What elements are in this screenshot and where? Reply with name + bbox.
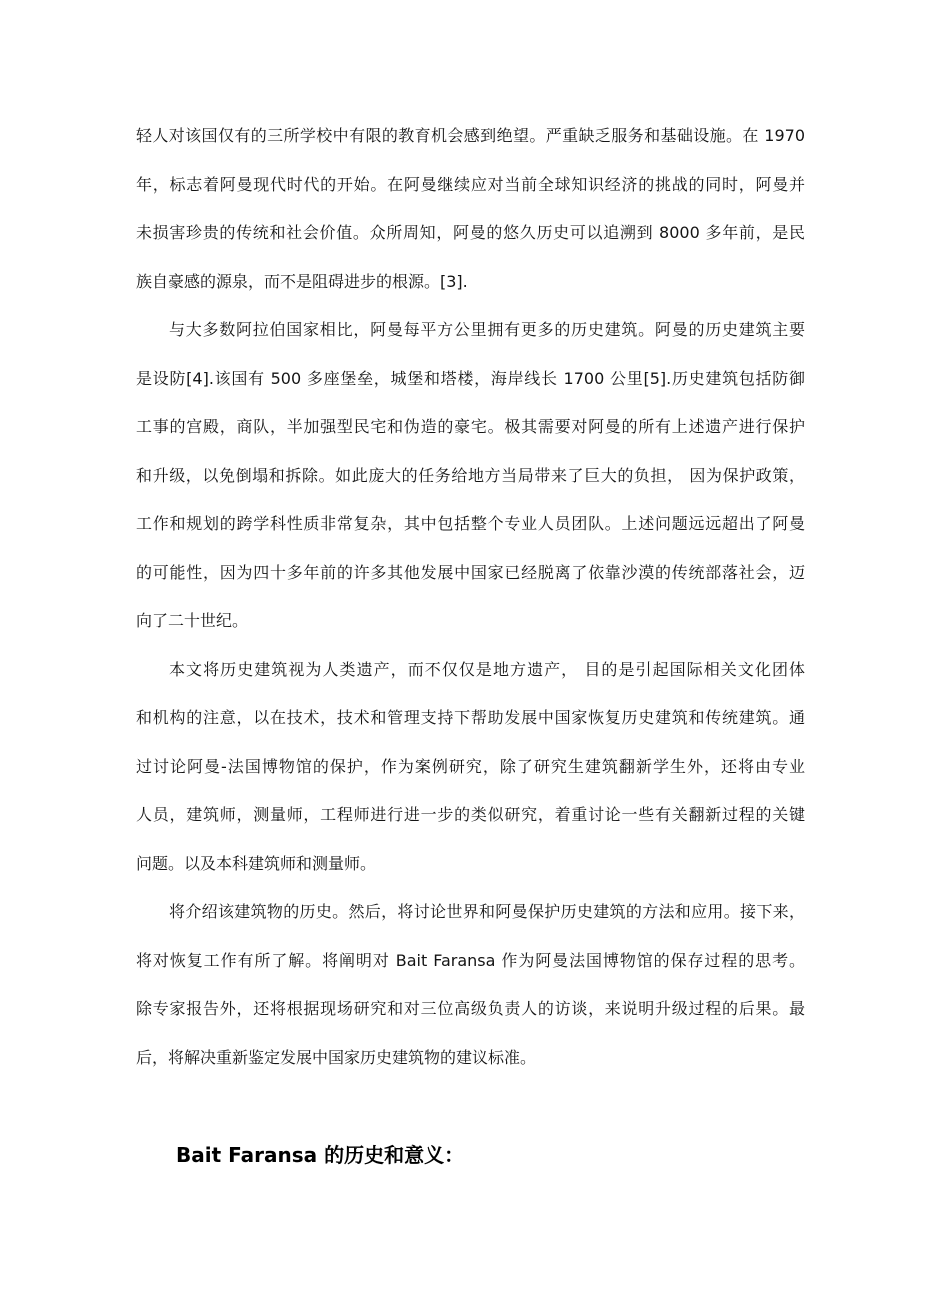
document-page: 轻人对该国仅有的三所学校中有限的教育机会感到绝望。严重缺乏服务和基础设施。在 1… xyxy=(136,112,805,1179)
section-heading: Bait Faransa 的历史和意义： xyxy=(136,1131,805,1180)
body-line: 本文将历史建筑视为人类遗产，而不仅仅是地方遗产， 目的是引起国际相关文化团体 xyxy=(136,646,805,695)
body-line: 工事的宫殿，商队，半加强型民宅和伪造的豪宅。极其需要对阿曼的所有上述遗产进行保护 xyxy=(136,403,805,452)
body-line: 和升级，以免倒塌和拆除。如此庞大的任务给地方当局带来了巨大的负担， 因为保护政策… xyxy=(136,452,805,501)
body-line: 族自豪感的源泉，而不是阻碍进步的根源。[3]. xyxy=(136,258,805,307)
body-line: 与大多数阿拉伯国家相比，阿曼每平方公里拥有更多的历史建筑。阿曼的历史建筑主要 xyxy=(136,306,805,355)
body-line: 问题。以及本科建筑师和测量师。 xyxy=(136,840,805,889)
body-line: 未损害珍贵的传统和社会价值。众所周知，阿曼的悠久历史可以追溯到 8000 多年前… xyxy=(136,209,805,258)
body-line: 将介绍该建筑物的历史。然后，将讨论世界和阿曼保护历史建筑的方法和应用。接下来， xyxy=(136,888,805,937)
body-line: 和机构的注意，以在技术，技术和管理支持下帮助发展中国家恢复历史建筑和传统建筑。通 xyxy=(136,694,805,743)
body-line: 人员，建筑师，测量师，工程师进行进一步的类似研究，着重讨论一些有关翻新过程的关键 xyxy=(136,791,805,840)
body-line: 是设防[4].该国有 500 多座堡垒，城堡和塔楼，海岸线长 1700 公里[5… xyxy=(136,355,805,404)
body-line: 除专家报告外，还将根据现场研究和对三位高级负责人的访谈，来说明升级过程的后果。最 xyxy=(136,985,805,1034)
body-line: 向了二十世纪。 xyxy=(136,597,805,646)
body-line: 工作和规划的跨学科性质非常复杂，其中包括整个专业人员团队。上述问题远远超出了阿曼 xyxy=(136,500,805,549)
body-line: 将对恢复工作有所了解。将阐明对 Bait Faransa 作为阿曼法国博物馆的保… xyxy=(136,937,805,986)
body-line: 年，标志着阿曼现代时代的开始。在阿曼继续应对当前全球知识经济的挑战的同时，阿曼并 xyxy=(136,161,805,210)
blank-line xyxy=(136,1082,805,1131)
body-line: 后，将解决重新鉴定发展中国家历史建筑物的建议标准。 xyxy=(136,1034,805,1083)
body-line: 的可能性，因为四十多年前的许多其他发展中国家已经脱离了依靠沙漠的传统部落社会，迈 xyxy=(136,549,805,598)
body-line: 轻人对该国仅有的三所学校中有限的教育机会感到绝望。严重缺乏服务和基础设施。在 1… xyxy=(136,112,805,161)
body-line: 过讨论阿曼-法国博物馆的保护，作为案例研究，除了研究生建筑翻新学生外，还将由专业 xyxy=(136,743,805,792)
